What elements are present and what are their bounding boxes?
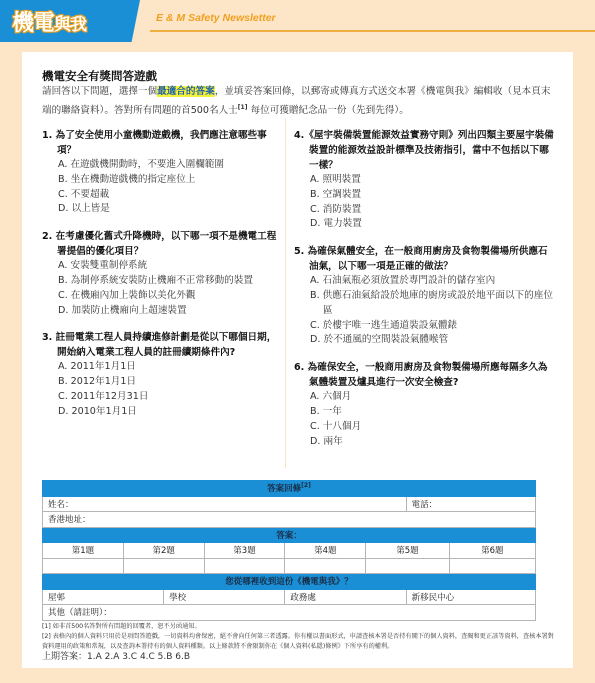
intro-highlight: 最適合的答案	[157, 86, 215, 97]
source-option-school[interactable]: 學校	[164, 589, 285, 605]
option-b: B. 空調裝置	[294, 188, 556, 203]
question-3: 3. 註冊電業工程人員持續進修計劃是從以下哪個日期，開始納入電業工程人員的註冊續…	[42, 330, 282, 419]
question-6: 6. 為確保安全，一般商用廚房及食物製備場所應每隔多久為氣體裝置及爐具進行一次安…	[294, 360, 556, 449]
option-c: C. 2011年12月31日	[42, 390, 282, 405]
quiz-title: 機電安全有獎問答遊戲	[42, 68, 157, 84]
option-d: D. 2010年1月1日	[42, 405, 282, 420]
option-a: A. 2011年1月1日	[42, 360, 282, 375]
question-col-3: 第3題	[204, 543, 285, 559]
question-1: 1. 為了安全使用小童機動遊戲機，我們應注意哪些事項？ A. 在遊戲機開動時，不…	[42, 128, 282, 217]
question-title: 2. 在考慮優化舊式升降機時，以下哪一項不是機電工程署提倡的優化項目？	[42, 229, 282, 259]
answer-cell-5[interactable]	[366, 558, 450, 574]
newsletter-logo: 機電與我	[12, 6, 86, 37]
answer-cell-4[interactable]	[285, 558, 366, 574]
question-title: 5. 為確保氣體安全，在一般商用廚房及食物製備場所供應石油氣，以下哪一項是正確的…	[294, 244, 556, 274]
answer-cell-1[interactable]	[43, 558, 124, 574]
question-title: 6. 為確保安全，一般商用廚房及食物製備場所應每隔多久為氣體裝置及爐具進行一次安…	[294, 360, 556, 390]
option-a: A. 六個月	[294, 390, 556, 405]
option-b: B. 坐在機動遊戲機的指定座位上	[42, 173, 282, 188]
question-2: 2. 在考慮優化舊式升降機時，以下哪一項不是機電工程署提倡的優化項目？ A. 安…	[42, 229, 282, 318]
logo-text-main: 機電	[12, 11, 54, 36]
answer-cell-2[interactable]	[123, 558, 204, 574]
option-c: C. 十八個月	[294, 420, 556, 435]
option-c: C. 於樓宇唯一逃生通道裝設氣體錶	[294, 319, 556, 334]
logo-text-small: 與我	[54, 15, 86, 35]
option-b: B. 一年	[294, 405, 556, 420]
answer-slip-form: 答案回條[2] 姓名： 電話： 香港地址： 答案： 第1題 第2題 第3題 第4…	[42, 480, 536, 621]
answers-header: 答案：	[43, 527, 536, 543]
option-c: C. 在機廂內加上裝飾以美化外觀	[42, 289, 282, 304]
answer-cell-6[interactable]	[449, 558, 535, 574]
column-divider	[285, 118, 286, 468]
option-d: D. 加裝防止機廂向上超速裝置	[42, 304, 282, 319]
option-a: A. 在遊戲機開動時，不要進入圍欄範圍	[42, 158, 282, 173]
previous-answers: 上期答案：1.A 2.A 3.C 4.C 5.B 6.B	[42, 649, 190, 662]
option-a: A. 照明裝置	[294, 173, 556, 188]
intro-text-1: 請回答以下問題，選擇一個	[42, 86, 157, 97]
name-field[interactable]: 姓名：	[43, 496, 407, 512]
option-a: A. 安裝雙重制停系統	[42, 259, 282, 274]
address-field[interactable]: 香港地址：	[43, 512, 536, 528]
intro-text-3: 每位可獲贈紀念品一份（先到先得）。	[247, 105, 408, 116]
option-d: D. 電力裝置	[294, 217, 556, 232]
question-title: 3. 註冊電業工程人員持續進修計劃是從以下哪個日期，開始納入電業工程人員的註冊續…	[42, 330, 282, 360]
option-c: C. 不要超載	[42, 188, 282, 203]
subtitle-underline	[150, 30, 595, 32]
source-option-new-arrivals-centre[interactable]: 新移民中心	[406, 589, 535, 605]
question-col-4: 第4題	[285, 543, 366, 559]
source-other-field[interactable]: 其他（請註明）：	[43, 605, 536, 621]
quiz-panel: 機電安全有獎問答遊戲 請回答以下問題，選擇一個最適合的答案，並填妥答案回條，以郵…	[22, 52, 573, 668]
option-d: D. 兩年	[294, 435, 556, 450]
option-b: B. 為制停系統安裝防止機廂不正常移動的裝置	[42, 274, 282, 289]
question-4: 4.《屋宇裝備裝置能源效益實務守則》列出四類主要屋宇裝備裝置的能源效益設計標準及…	[294, 128, 556, 232]
option-b: B. 2012年1月1日	[42, 375, 282, 390]
questions-right-column: 4.《屋宇裝備裝置能源效益實務守則》列出四類主要屋宇裝備裝置的能源效益設計標準及…	[294, 128, 556, 461]
footnote-1: [1] 如非首500名答對所有問題的回覆者，恕不另函通知。	[42, 622, 557, 632]
answer-slip-header: 答案回條[2]	[43, 481, 536, 497]
option-c: C. 消防裝置	[294, 203, 556, 218]
quiz-intro: 請回答以下問題，選擇一個最適合的答案，並填妥答案回條，以郵寄或傳真方式送交本署《…	[42, 84, 557, 119]
footnotes: [1] 如非首500名答對所有問題的回覆者，恕不另函通知。 [2] 表格內的個人…	[42, 622, 557, 652]
option-d: D. 於不通風的空間裝設氣體喉管	[294, 333, 556, 348]
question-col-1: 第1題	[43, 543, 124, 559]
option-b: B. 供應石油氣給設於地庫的廚房或設於地平面以下的座位區	[294, 289, 556, 319]
source-option-estate[interactable]: 屋邨	[43, 589, 164, 605]
question-col-5: 第5題	[366, 543, 450, 559]
phone-field[interactable]: 電話：	[406, 496, 535, 512]
questions-left-column: 1. 為了安全使用小童機動遊戲機，我們應注意哪些事項？ A. 在遊戲機開動時，不…	[42, 128, 282, 432]
newsletter-banner: 機電與我 E & M Safety Newsletter	[0, 0, 595, 42]
option-d: D. 以上皆是	[42, 202, 282, 217]
newsletter-subtitle: E & M Safety Newsletter	[156, 12, 276, 24]
source-option-district-office[interactable]: 政務處	[285, 589, 406, 605]
source-header: 您從哪裡收到這份《機電與我》？	[43, 574, 536, 590]
option-a: A. 石油氣瓶必須放置於專門設計的儲存室內	[294, 274, 556, 289]
question-5: 5. 為確保氣體安全，在一般商用廚房及食物製備場所供應石油氣，以下哪一項是正確的…	[294, 244, 556, 348]
answer-cell-3[interactable]	[204, 558, 285, 574]
question-title: 1. 為了安全使用小童機動遊戲機，我們應注意哪些事項？	[42, 128, 282, 158]
question-col-6: 第6題	[449, 543, 535, 559]
question-col-2: 第2題	[123, 543, 204, 559]
question-title: 4.《屋宇裝備裝置能源效益實務守則》列出四類主要屋宇裝備裝置的能源效益設計標準及…	[294, 128, 556, 173]
